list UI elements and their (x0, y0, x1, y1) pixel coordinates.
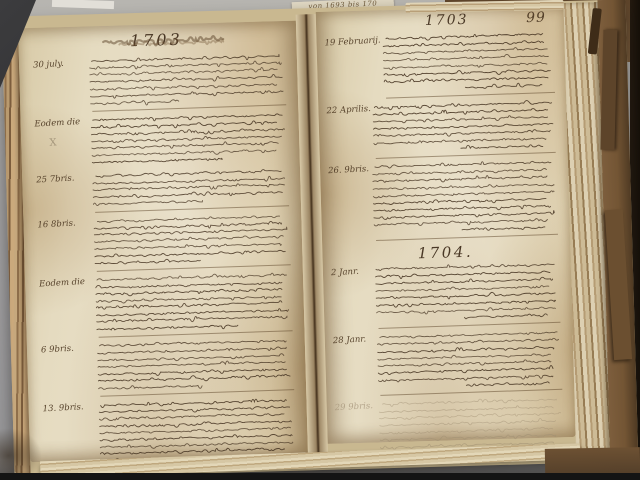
register-entry: Eodem dieX (26, 110, 291, 170)
margin-date-label: 29 9bris. (332, 399, 379, 413)
register-entry: 28 Janr. (331, 327, 567, 398)
handwriting-lines-svg (90, 111, 287, 168)
margin-date-label: Eodem die (31, 274, 96, 289)
left-page: 1703 30 july.Eodem dieX25 7bris.16 8bris… (18, 21, 308, 463)
table-edge (0, 473, 640, 480)
handwriting-block (89, 51, 290, 113)
handwriting-block (373, 97, 560, 160)
left-page-entries: 30 july.Eodem dieX25 7bris.16 8bris.Eode… (25, 51, 301, 476)
margin-date-label: 13. 9bris. (34, 399, 99, 414)
register-entry: 26. 9bris. (326, 157, 562, 243)
cover-bottom-edge (545, 447, 640, 475)
handwriting-lines-svg (372, 158, 558, 238)
handwriting-block (375, 259, 565, 329)
margin-date-label: 2 Janr. (329, 264, 376, 278)
margin-date-label: 19 Februarij. (322, 33, 383, 48)
margin-date-label: 6 9bris. (33, 340, 98, 355)
handwriting-block (90, 110, 291, 169)
handwriting-block (93, 211, 294, 273)
handwriting-block (95, 270, 297, 339)
right-page: 1703 99 19 Februarij.22 Aprilis.26. 9bri… (316, 5, 576, 444)
handwriting-lines-svg (89, 52, 286, 109)
margin-date-label: 16 8bris. (29, 215, 94, 230)
register-entry: 25 7bris. (28, 166, 293, 215)
handwriting-lines-svg (377, 328, 563, 394)
bottom-left-shadow (0, 428, 42, 474)
register-entry: 6 9bris. (33, 336, 298, 399)
margin-date-label: 28 Janr. (331, 331, 378, 345)
register-book: 1703 30 july.Eodem dieX25 7bris.16 8bris… (2, 0, 639, 479)
overwritten-scribble (99, 28, 230, 54)
handwriting-lines-svg (373, 98, 556, 156)
margin-x-mark: X (49, 137, 89, 149)
handwriting-lines-svg (95, 271, 293, 335)
register-entry: 30 july. (25, 51, 290, 114)
right-page-entries-1704: 2 Janr.28 Janr.29 9bris. (329, 259, 568, 462)
handwriting-block (382, 29, 558, 98)
right-page-year-text: 1703 (425, 12, 469, 29)
page-number: 99 (526, 10, 546, 27)
right-page-entries-1703: 19 Februarij.22 Aprilis.26. 9bris. (322, 29, 562, 242)
cover-torn-piece (600, 30, 617, 150)
handwriting-block (92, 166, 293, 214)
register-entry: 22 Aprilis. (324, 97, 560, 161)
handwriting-lines-svg (375, 260, 561, 326)
margin-date-label: 26. 9bris. (326, 162, 373, 176)
margin-date-label: 22 Aprilis. (324, 101, 373, 116)
handwriting-block (372, 157, 562, 241)
register-entry: 16 8bris. (29, 211, 294, 274)
handwriting-lines-svg (92, 167, 289, 210)
margin-date-label: 30 july. (25, 56, 90, 71)
register-entry: 19 Februarij. (322, 29, 558, 100)
loose-paper-corner (52, 0, 114, 9)
handwriting-block (97, 336, 298, 398)
register-entry: Eodem die (31, 270, 297, 340)
register-entry: 2 Janr. (329, 259, 565, 330)
handwriting-block (377, 327, 567, 397)
handwriting-lines-svg (97, 337, 294, 394)
handwriting-lines-svg (93, 212, 290, 269)
photo-scene: von 1693 bis 170 1703 30 july.Eodem dieX… (0, 0, 640, 480)
margin-date-label: 25 7bris. (28, 171, 93, 186)
margin-date-label: Eodem dieX (26, 115, 92, 150)
handwriting-lines-svg (382, 30, 554, 95)
